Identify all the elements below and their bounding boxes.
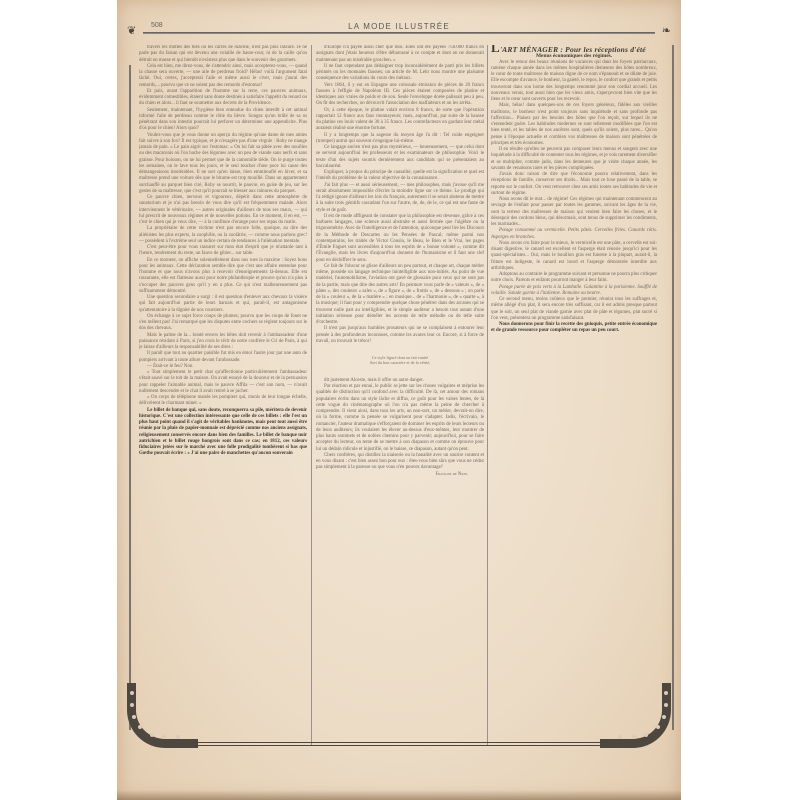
- verse-quote: Ce style figuré dont on fait vanitéSort …: [316, 355, 484, 366]
- right-border: [672, 45, 677, 730]
- column-middle: d'Europe n'a payée aussi cher que moi. E…: [316, 45, 484, 742]
- column-right: L'ART MÉNAGER : Pour les réceptions d'ét…: [491, 45, 657, 742]
- paragraph: Vers 1864, il y eut en Espagne une colos…: [316, 83, 484, 108]
- paragraph: Expliquer, à propos du principe de causa…: [316, 170, 484, 183]
- paragraph: Et puis, avant l'apparition de l'homme s…: [139, 89, 307, 108]
- magazine-page: ❦ 508 LA MODE ILLUSTRÉE ❧ travers les mo…: [117, 0, 681, 800]
- section-heading: L'ART MÉNAGER : Pour les réceptions d'ét…: [491, 45, 657, 53]
- paragraph: travers les mottes des blés ou les carré…: [139, 45, 307, 64]
- footer-rule: [187, 742, 611, 746]
- paragraph: Mais le palme de la... bonté envers les …: [139, 333, 307, 352]
- paragraph: Chers confrères, qui distillez la niaise…: [316, 453, 484, 472]
- paragraph: En ce moment, on affiche solennellement …: [139, 258, 307, 296]
- paragraph: Avec le retour des beaux réunions de vac…: [491, 60, 657, 104]
- paragraph: Ce langage ancien n'est pas plus mystéri…: [316, 145, 484, 170]
- paragraph: Mais, hélas! dans quelques-uns de ces fo…: [491, 103, 657, 147]
- left-border: [129, 65, 134, 730]
- paragraph: Le billet de banque qui, sans doute, rec…: [139, 408, 307, 458]
- paragraph: J'ai fait plus — et aussi sérieusement, …: [316, 183, 484, 214]
- paragraph: Voulez-vous que je vous donne un aperçu …: [139, 133, 307, 196]
- paragraph: Seulement, maintenant, l'hygiène bien en…: [139, 108, 307, 133]
- column-divider: [311, 45, 312, 745]
- paragraph: La propriétaire de cette victime n'est p…: [139, 226, 307, 245]
- paragraph: Il ne faut cependant pas dédaigner trop …: [316, 64, 484, 83]
- paragraph: Ce fait de l'obscur se glisse d'ailleurs…: [316, 264, 484, 327]
- floral-ornament-icon: ❧: [662, 24, 671, 37]
- paragraph: Adoptons au contraire le programme suiva…: [491, 272, 657, 285]
- paragraph: On échange à ce sujet force coups de plu…: [139, 314, 307, 333]
- column-left: travers les mottes des blés ou les carré…: [139, 45, 307, 742]
- paragraph: Il en résulte qu'elles ne peuvent pas co…: [491, 147, 657, 172]
- paragraph: Il y a longtemps que la sagesse du moyen…: [316, 133, 484, 146]
- ornament-dot: [662, 715, 666, 719]
- paragraph: Ce pauvre chien, nerveux et vigoureux, d…: [139, 195, 307, 226]
- column-divider: [487, 45, 488, 745]
- paragraph: « On corps de téléphone mande les pompie…: [139, 395, 307, 408]
- paragraph: d'Europe n'a payée aussi cher que moi. E…: [316, 45, 484, 64]
- paragraph: Nous avons dit le mot... de régime! Ces …: [491, 197, 657, 228]
- paragraph: Or, à cette époque, le platine valait en…: [316, 108, 484, 133]
- header-rule: [143, 32, 655, 34]
- paragraph: Il est de mode affligeant de constater q…: [316, 214, 484, 264]
- paragraph: Une question secondaire a surgi : il est…: [139, 295, 307, 314]
- publication-title: LA MODE ILLUSTRÉE: [127, 22, 671, 31]
- paragraph: C'est peut-être pour vous rassurer sur m…: [139, 245, 307, 258]
- author-signature: François de Nion.: [316, 472, 484, 478]
- paragraph: J'avais donc raison de dire que l'économ…: [491, 172, 657, 197]
- paragraph: Il paraît que tout au quartier paisible …: [139, 351, 307, 364]
- paragraph: Potage purée de pois verts à la Lamballe…: [491, 285, 657, 298]
- paragraph: Par réaction et par ennui, le public se …: [316, 384, 484, 453]
- paragraph: Il n'est pas jusqu'aux humbles prosateur…: [316, 326, 484, 345]
- paragraph: Cela est bien, me direz-vous, de s'atten…: [139, 64, 307, 89]
- quote-line: Sort du bon caractère et de la vérité,: [316, 360, 484, 365]
- ornament-dot: [664, 703, 668, 707]
- page-header: ❦ 508 LA MODE ILLUSTRÉE ❧: [127, 18, 671, 38]
- paragraph: Nous donnerons pour finir la recette des…: [491, 322, 657, 335]
- paragraph: Nous avons cru faire pour le mieux, le v…: [491, 241, 657, 272]
- paragraph: « Tout simplement le petit chat qu'affec…: [139, 370, 307, 395]
- paragraph: Potage consommé au vermicelle. Petits pâ…: [491, 228, 657, 241]
- ornament-dot: [664, 691, 668, 695]
- paragraph: Ce second menu, moins coûteux que le pre…: [491, 297, 657, 322]
